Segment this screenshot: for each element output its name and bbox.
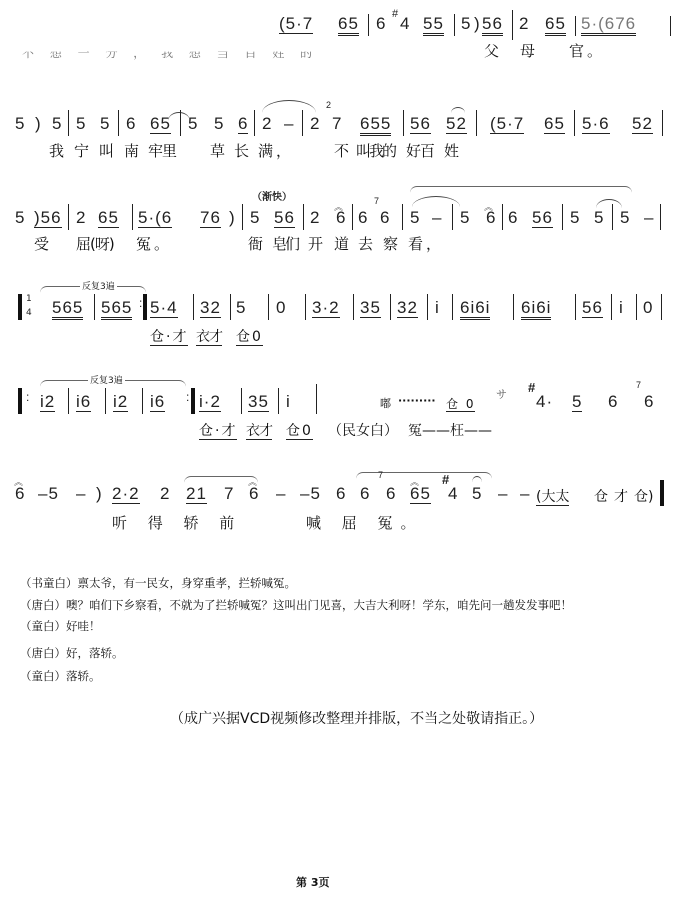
note: 6: [358, 208, 368, 228]
percussion: 仓0: [236, 326, 263, 346]
bar-line: [452, 204, 453, 230]
note-group: 35: [360, 298, 381, 318]
note-group: i2: [40, 392, 55, 412]
note: 5: [570, 208, 580, 228]
note-group: 565: [101, 298, 132, 318]
bar-line: [352, 204, 353, 230]
dash: –: [498, 484, 508, 504]
lyric: 皂们: [272, 233, 298, 254]
phrase-bracket: [410, 186, 632, 193]
note: 0: [643, 298, 653, 318]
percussion: 衣才: [246, 420, 272, 440]
lyric: 屈(呀): [76, 233, 114, 254]
bar-line: [575, 16, 576, 36]
repeat-dots: :: [26, 390, 30, 404]
bar-line: [230, 294, 231, 320]
note: 4: [448, 484, 458, 504]
bar-line: [661, 294, 662, 320]
lyric: 冤。: [136, 233, 172, 254]
bar-line: [193, 294, 194, 320]
lyric: 叫: [99, 140, 117, 161]
repeat-start-barline: [18, 294, 22, 320]
dash: –: [432, 208, 442, 228]
bar-line: [303, 204, 304, 230]
note: (5·7: [279, 14, 313, 34]
percussion: 仓: [594, 486, 610, 506]
bar-line: [402, 204, 403, 230]
bar-line: [476, 110, 477, 136]
bar-line: [611, 294, 612, 320]
lyric: 开: [308, 233, 326, 254]
note-group: 5: [572, 392, 582, 412]
tempo-mark: （渐快）: [252, 188, 292, 203]
speaker-label: （书童白）: [20, 576, 78, 590]
lyric: 牢里: [148, 140, 176, 161]
note: 7: [332, 114, 342, 134]
bar-line: [142, 388, 143, 414]
bar-line: [452, 294, 453, 320]
percussion: 衣才: [196, 326, 222, 346]
grace-note: 7: [374, 196, 380, 206]
bar-line: [575, 294, 576, 320]
note: 5: [15, 114, 25, 134]
note-group: 655: [360, 114, 391, 134]
percussion: 仓0: [286, 420, 313, 440]
bar-line: [368, 14, 369, 36]
bar-line: [612, 204, 613, 230]
lyric: 宁: [74, 140, 92, 161]
note: 5: [620, 208, 630, 228]
bar-line: [502, 204, 503, 230]
lyrics-cutoff: 不 想 一 分 ， 我 想 当 百 姓 的: [22, 44, 318, 61]
dialogue-line: （书童白）禀太爷，有一民女，身穿重孝，拦轿喊冤。: [20, 575, 296, 591]
speaker-label: （唐白）: [20, 646, 66, 660]
note: 7: [224, 484, 234, 504]
note-group: 21: [186, 484, 207, 504]
note-group: 6i6i: [521, 298, 551, 318]
note-group: 565: [52, 298, 83, 318]
note: 6: [486, 208, 496, 228]
bar-line: [105, 388, 106, 414]
note: 5: [594, 208, 604, 228]
bar-line: [636, 294, 637, 320]
dialogue-text: 好，落轿。: [66, 646, 124, 660]
note: 5: [250, 208, 260, 228]
lyric: 我: [49, 140, 67, 161]
dash: –: [76, 484, 86, 504]
note: 5: [76, 114, 86, 134]
bar-line: [305, 294, 306, 320]
bar-line: [68, 204, 69, 230]
speaker-label: （唐白）: [20, 598, 66, 612]
lyric: 察: [383, 233, 401, 254]
note: 6: [386, 484, 396, 504]
phrase-bracket: [184, 476, 258, 483]
note: 6: [508, 208, 518, 228]
dialogue-line: （童白）好哇！: [20, 618, 101, 634]
note-group: 56: [582, 298, 603, 318]
note: 5: [460, 208, 470, 228]
paren: ): [474, 14, 481, 34]
lyric: 叫我的: [356, 140, 395, 161]
note: 5: [472, 484, 482, 504]
note: –5: [300, 484, 321, 504]
grace-note: 2: [326, 100, 332, 110]
time-signature-bottom: 4: [26, 308, 32, 318]
bar-line: [254, 110, 255, 136]
lyric: 不: [334, 140, 352, 161]
dialogue-text: 好哇！: [66, 619, 101, 633]
note: 5: [214, 114, 224, 134]
note-group: i·2: [199, 392, 221, 412]
lyric: 道: [334, 233, 352, 254]
lyric: 南: [124, 140, 142, 161]
lyric: 官。: [569, 40, 605, 61]
credit-note: （成广兴据VCD视频修改整理并排版，不当之处敬请指正。）: [170, 708, 543, 728]
dotted-line: ·········: [398, 394, 436, 407]
note-group: 52: [632, 114, 653, 134]
note: 4·: [536, 392, 553, 412]
note-group: 56: [410, 114, 431, 134]
grace-note: 7: [378, 470, 384, 480]
phrase-bracket: [356, 472, 492, 479]
lyric: 父: [484, 40, 502, 61]
dash: –: [276, 484, 286, 504]
bar-line: [574, 110, 575, 136]
sharp-sign: #: [392, 8, 399, 20]
note: 6: [360, 484, 370, 504]
note-group: 5·6: [582, 114, 610, 134]
note: 6: [376, 14, 386, 34]
tie-mark: [168, 112, 190, 121]
dialogue-text: 禀太爷，有一民女，身穿重孝，拦轿喊冤。: [78, 576, 297, 590]
spoken-speaker: （民女白）: [328, 420, 398, 440]
repeat-end-barline: [143, 294, 147, 320]
note: 5: [100, 114, 110, 134]
note-group: 35: [248, 392, 269, 412]
note: i: [619, 298, 624, 318]
note-group: 65: [98, 208, 119, 228]
bar-line: [241, 388, 242, 414]
note: 5: [236, 298, 246, 318]
bar-line: [562, 204, 563, 230]
fermata: [472, 476, 482, 482]
time-signature-top: 1: [26, 294, 32, 304]
bar-line: [660, 204, 661, 230]
lyric: 草: [210, 140, 228, 161]
bar-line: [512, 10, 513, 40]
note-group: 5·(676: [581, 14, 636, 34]
note: 5: [461, 14, 471, 34]
paren: ): [229, 208, 236, 228]
tie-mark: [596, 199, 622, 208]
note: 2: [310, 208, 320, 228]
note-group: 65: [410, 484, 431, 504]
lyric: 看，: [408, 233, 444, 254]
bar-line: [662, 110, 663, 136]
note: 65: [338, 14, 359, 36]
dialogue-line: （唐白）噢？咱们下乡察看，不就为了拦轿喊冤？这叫出门见喜，大吉大利呀！学东，咱先…: [20, 597, 572, 613]
dash: –: [644, 208, 654, 228]
repeat-start-barline: [18, 388, 22, 414]
bar-line: [278, 388, 279, 414]
dialogue-line: （童白）落轿。: [20, 668, 101, 684]
note: 4: [400, 14, 410, 34]
note: 0: [276, 298, 286, 318]
note-group: 5·4: [150, 298, 178, 318]
note-group: (5·7: [279, 14, 313, 34]
note: 6: [15, 484, 25, 504]
bar-line: [268, 294, 269, 320]
note-group: 56: [482, 14, 503, 34]
note-group: i6: [150, 392, 165, 412]
note: 6: [608, 392, 618, 412]
repeat-end-barline: [191, 388, 195, 414]
lyric: 母: [520, 40, 538, 61]
tie-mark: [262, 100, 316, 113]
bar-line: [68, 110, 69, 136]
lyric: 衙: [248, 233, 266, 254]
bar-line: [180, 110, 181, 136]
lyric: 姓: [444, 140, 462, 161]
note: 6: [336, 208, 346, 228]
percussion: 仓·才: [199, 420, 237, 440]
dialogue-line: （唐白）好，落轿。: [20, 645, 124, 661]
note-group: 6: [238, 114, 248, 134]
page-number: 第 3页: [296, 874, 329, 890]
note: 6: [644, 392, 654, 412]
bar-line: [132, 204, 133, 230]
note-group: 56: [532, 208, 553, 228]
speaker-label: （童白）: [20, 669, 66, 683]
note: 5: [188, 114, 198, 134]
bar-line: [94, 294, 95, 320]
note: 2: [76, 208, 86, 228]
note-group: 76: [200, 208, 221, 228]
speaker-label: （童白）: [20, 619, 66, 633]
note-group: i2: [113, 392, 128, 412]
bar-line: [353, 294, 354, 320]
note-group: (5·7: [490, 114, 524, 134]
note-group: 65: [338, 14, 359, 34]
spoken-line: 冤——枉——: [408, 420, 492, 440]
vocal-call: 嘟: [380, 395, 391, 411]
note-group: 55: [423, 14, 444, 34]
bar-line: [670, 16, 671, 36]
grace-note: 7: [636, 380, 642, 390]
lyric: 受: [34, 233, 52, 254]
percussion: 仓·才: [150, 326, 188, 346]
lyric: 喊 屈 冤。: [306, 512, 424, 533]
lyric: 好百: [406, 140, 434, 161]
final-barline: [660, 480, 664, 506]
percussion: 仓 0: [446, 395, 475, 412]
dash: –: [520, 484, 530, 504]
note-group: 5·(6: [138, 208, 172, 228]
note: 2: [160, 484, 170, 504]
repeat-dots: :: [186, 390, 190, 404]
note: 6: [249, 484, 259, 504]
note-group: 32: [397, 298, 418, 318]
percussion: 仓): [634, 486, 653, 506]
lyric: 长: [234, 140, 252, 161]
note-group: 6i6i: [460, 298, 490, 318]
note: 6: [126, 114, 136, 134]
bar-line: [403, 110, 404, 136]
note: 2: [519, 14, 529, 34]
note: 5: [15, 208, 25, 228]
percussion: (大太: [536, 486, 569, 506]
note: 5: [52, 114, 62, 134]
note: –5: [38, 484, 59, 504]
repeat-label: 反复3遍: [88, 373, 125, 386]
bar-line: [390, 294, 391, 320]
note: 6: [336, 484, 346, 504]
note-group: 65: [544, 114, 565, 134]
note-group: 65: [545, 14, 566, 34]
note: 5: [410, 208, 420, 228]
note: 2: [310, 114, 320, 134]
bar-line: [427, 294, 428, 320]
note-group: 3·2: [312, 298, 340, 318]
lyric: 听 得 轿 前: [112, 512, 242, 533]
sharp-sign: #: [528, 380, 536, 395]
dialogue-text: 噢？咱们下乡察看，不就为了拦轿喊冤？这叫出门见喜，大吉大利呀！学东，咱先问一趟发…: [66, 598, 572, 612]
note-group: )56: [34, 208, 62, 228]
note-group: i6: [76, 392, 91, 412]
dash: –: [284, 114, 294, 134]
bar-line: [454, 14, 455, 36]
bar-line: [68, 388, 69, 414]
paren: ): [35, 114, 42, 134]
note-group: 32: [200, 298, 221, 318]
note-group: 52: [446, 114, 467, 134]
bar-line: [242, 204, 243, 230]
paren: ): [96, 484, 103, 504]
note-group: 56: [274, 208, 295, 228]
tie-mark: [451, 107, 465, 113]
lyric: 去: [358, 233, 376, 254]
dialogue-text: 落轿。: [66, 669, 101, 683]
bar-line: [118, 110, 119, 136]
lyric: 满，: [258, 140, 294, 161]
repeat-label: 反复3遍: [80, 279, 117, 292]
free-tempo-mark: サ: [496, 386, 507, 402]
note-group: 2·2: [112, 484, 140, 504]
bar-line: [302, 110, 303, 136]
bar-line: [316, 384, 317, 414]
note: 6: [380, 208, 390, 228]
percussion: 才: [614, 486, 630, 506]
bar-line: [513, 294, 514, 320]
note: i: [435, 298, 440, 318]
note: i: [286, 392, 291, 412]
note: 2: [262, 114, 272, 134]
